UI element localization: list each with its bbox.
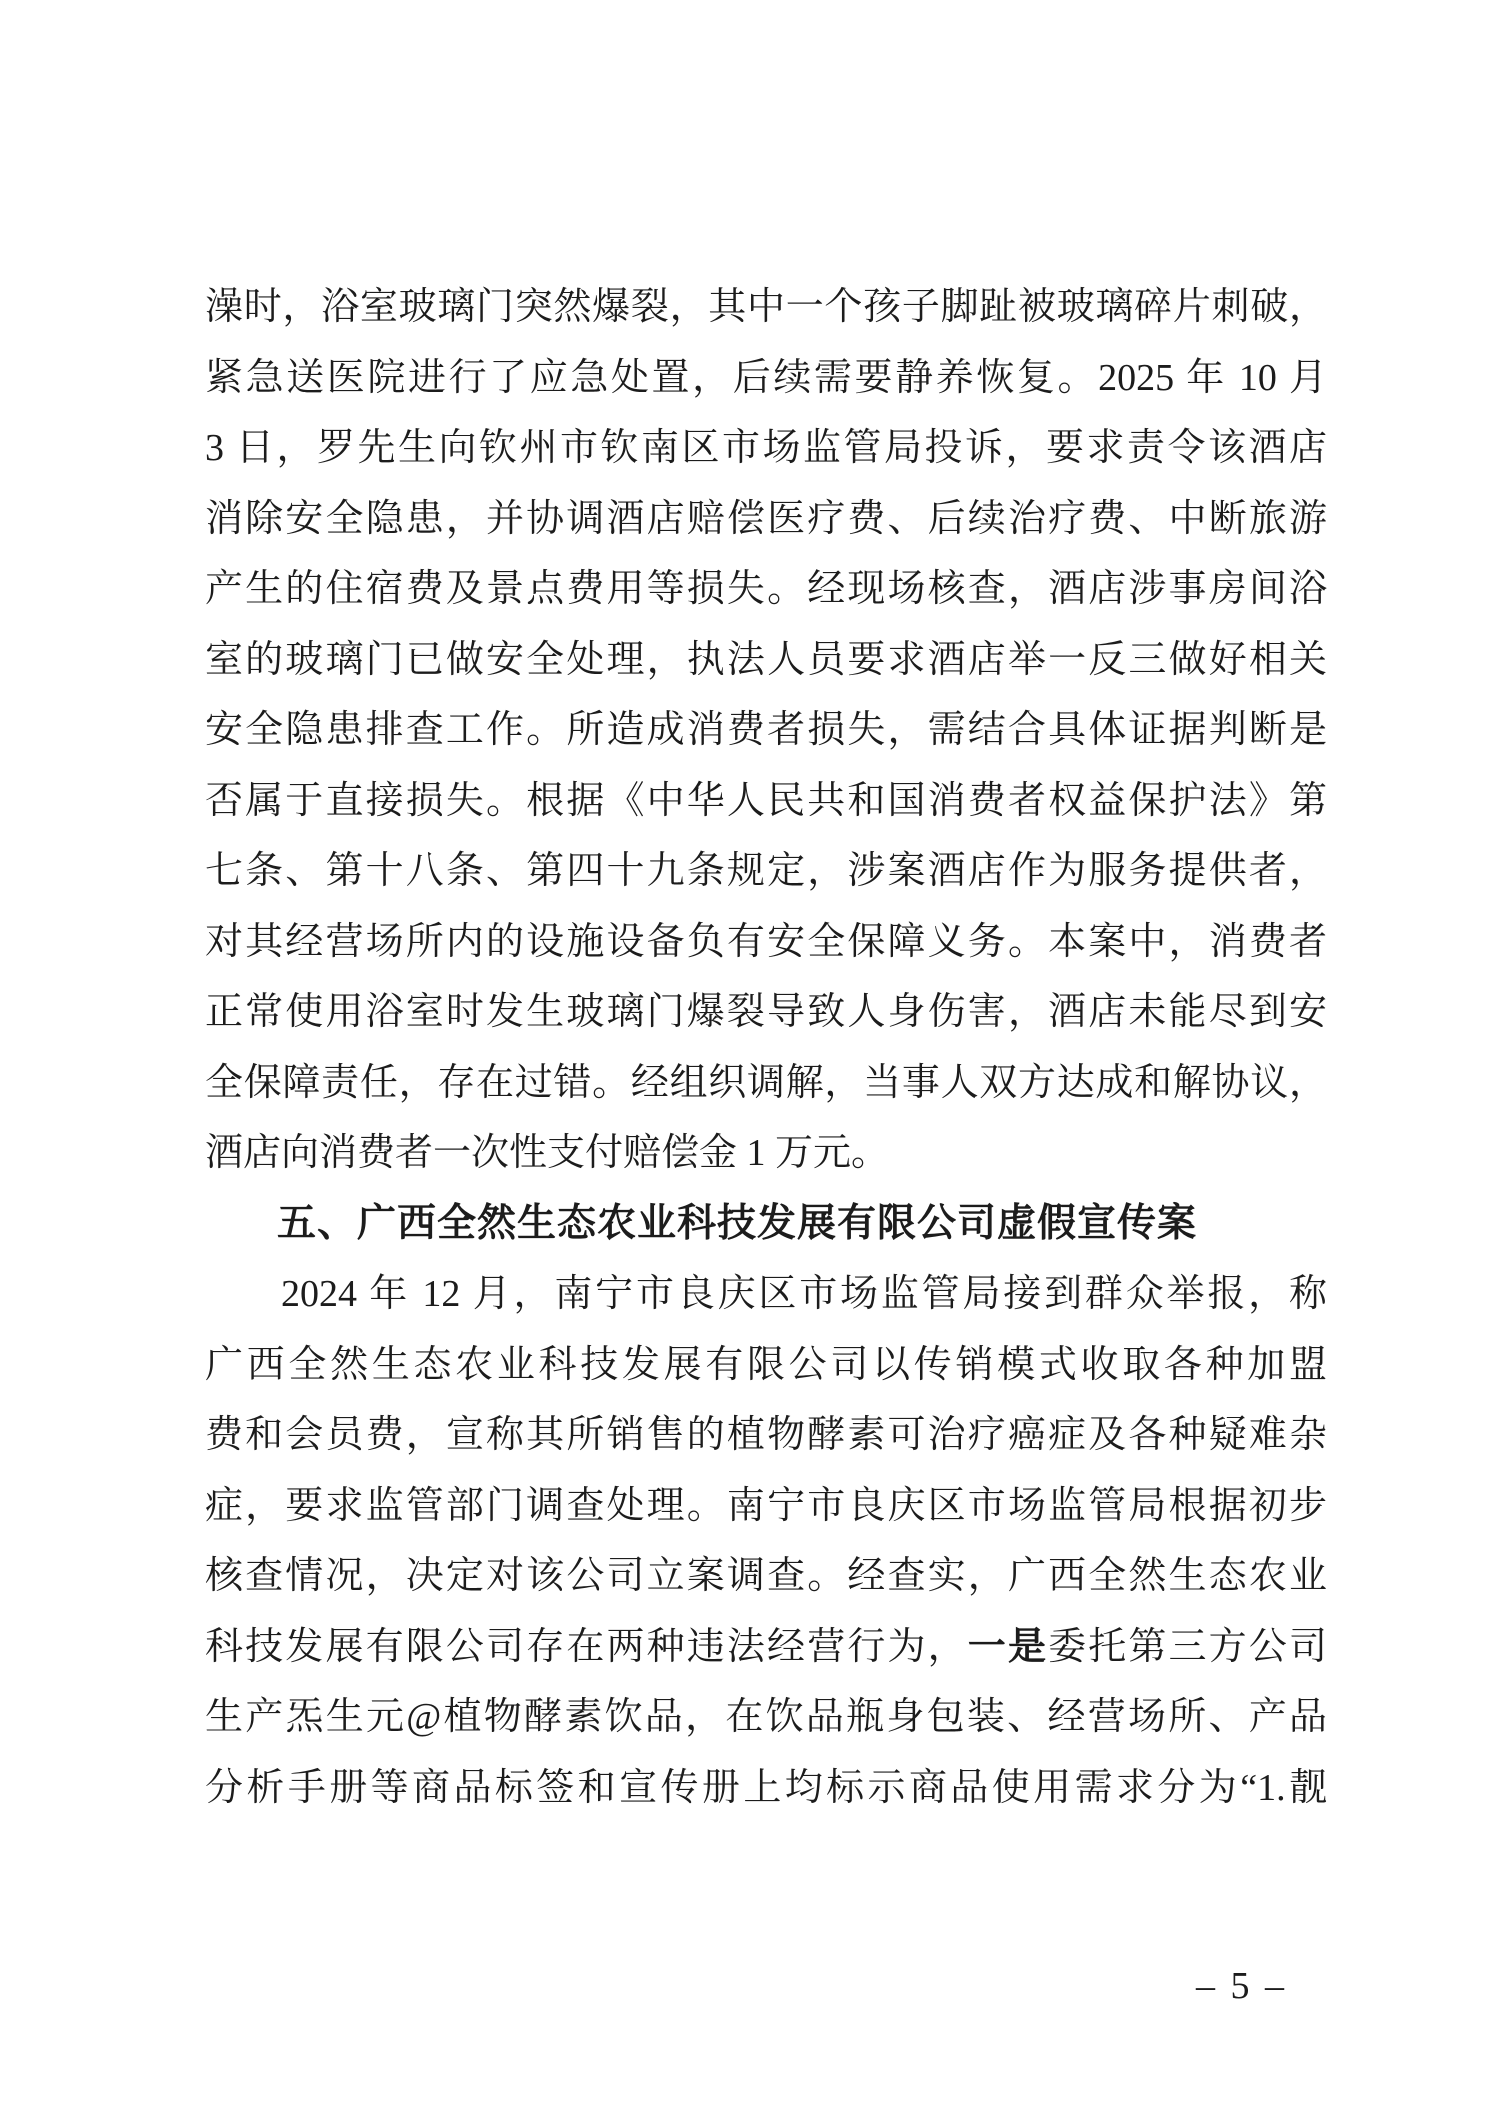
section-heading: 五、广西全然生态农业科技发展有限公司虚假宣传案	[205, 1189, 1327, 1260]
document-page: 澡时，浴室玻璃门突然爆裂，其中一个孩子脚趾被玻璃碎片刺破， 紧急送医院进行了应急…	[0, 0, 1487, 2105]
text-line: 澡时，浴室玻璃门突然爆裂，其中一个孩子脚趾被玻璃碎片刺破，	[205, 272, 1327, 343]
text-line: 分析手册等商品标签和宣传册上均标示商品使用需求分为“1.靓	[205, 1753, 1327, 1824]
text-line: 室的玻璃门已做安全处理，执法人员要求酒店举一反三做好相关	[205, 625, 1327, 696]
text-line: 科技发展有限公司存在两种违法经营行为，一是委托第三方公司	[205, 1612, 1327, 1683]
text-line: 否属于直接损失。根据《中华人民共和国消费者权益保护法》第	[205, 766, 1327, 837]
text-segment: 委托第三方公司	[1048, 1626, 1327, 1668]
text-line: 2024 年 12 月，南宁市良庆区市场监管局接到群众举报，称	[205, 1259, 1327, 1330]
text-line: 核查情况，决定对该公司立案调查。经查实，广西全然生态农业	[205, 1541, 1327, 1612]
bold-emphasis: 一是	[968, 1626, 1048, 1668]
text-line: 安全隐患排查工作。所造成消费者损失，需结合具体证据判断是	[205, 695, 1327, 766]
text-line: 正常使用浴室时发生玻璃门爆裂导致人身伤害，酒店未能尽到安	[205, 977, 1327, 1048]
page-number: – 5 –	[1196, 1964, 1287, 2008]
text-line: 产生的住宿费及景点费用等损失。经现场核查，酒店涉事房间浴	[205, 554, 1327, 625]
document-text-block: 澡时，浴室玻璃门突然爆裂，其中一个孩子脚趾被玻璃碎片刺破， 紧急送医院进行了应急…	[205, 272, 1327, 1823]
text-line: 生产炁生元@植物酵素饮品，在饮品瓶身包装、经营场所、产品	[205, 1682, 1327, 1753]
text-line: 费和会员费，宣称其所销售的植物酵素可治疗癌症及各种疑难杂	[205, 1400, 1327, 1471]
text-line: 广西全然生态农业科技发展有限公司以传销模式收取各种加盟	[205, 1330, 1327, 1401]
text-line: 3 日，罗先生向钦州市钦南区市场监管局投诉，要求责令该酒店	[205, 413, 1327, 484]
text-line: 紧急送医院进行了应急处置，后续需要静养恢复。2025 年 10 月	[205, 343, 1327, 414]
text-line: 酒店向消费者一次性支付赔偿金 1 万元。	[205, 1118, 1327, 1189]
text-line: 症，要求监管部门调查处理。南宁市良庆区市场监管局根据初步	[205, 1471, 1327, 1542]
text-line: 全保障责任，存在过错。经组织调解，当事人双方达成和解协议，	[205, 1048, 1327, 1119]
text-segment: 科技发展有限公司存在两种违法经营行为，	[205, 1626, 968, 1668]
text-line: 对其经营场所内的设施设备负有安全保障义务。本案中，消费者	[205, 907, 1327, 978]
text-line: 消除安全隐患，并协调酒店赔偿医疗费、后续治疗费、中断旅游	[205, 484, 1327, 555]
text-line: 七条、第十八条、第四十九条规定，涉案酒店作为服务提供者，	[205, 836, 1327, 907]
